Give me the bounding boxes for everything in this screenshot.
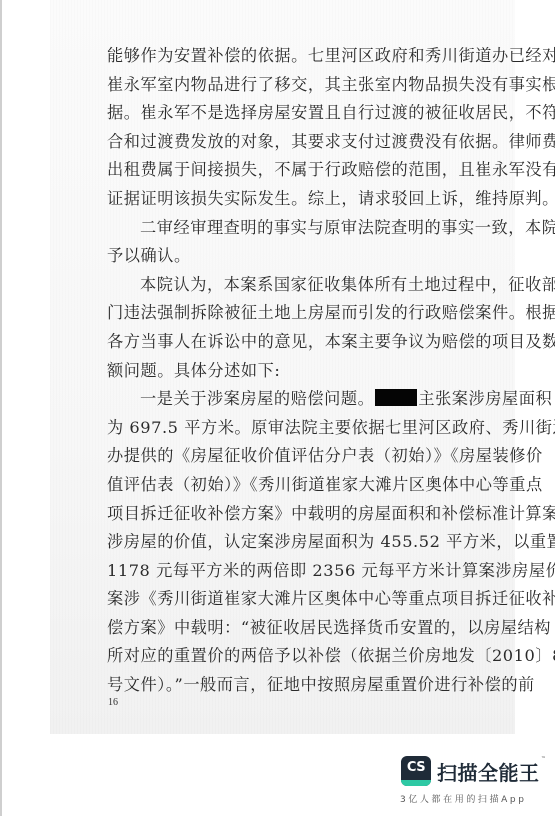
logo-text: CS <box>401 760 431 775</box>
camscanner-logo-icon: CS <box>401 756 431 786</box>
text-line: 值评估表（初始）》《秀川街道崔家大滩片区奥体中心等重点 <box>107 471 502 500</box>
text-line: 1178 元每平方米的两倍即 2356 元每平方米计算案涉房屋价值。 <box>107 557 502 586</box>
text-line: 能够作为安置补偿的依据。七里河区政府和秀川街道办已经对 <box>107 42 502 71</box>
paragraph-start: 一是关于涉案房屋的赔偿问题。主张案涉房屋面积 <box>107 385 502 414</box>
page-left-border <box>0 0 2 816</box>
text-line: 予以确认。 <box>107 242 502 271</box>
text-line: 案涉《秀川街道崔家大滩片区奥体中心等重点项目拆迁征收补 <box>107 585 502 614</box>
text-line: 号文件）。”一般而言，征地中按照房屋重置价进行补偿的前 <box>107 671 502 700</box>
text-line: 据。崔永军不是选择房屋安置且自行过渡的被征收居民，不符 <box>107 99 502 128</box>
brand-tagline: 3亿人都在用的扫描App <box>400 792 527 805</box>
text-line: 办提供的《房屋征收价值评估分户表（初始）》《房屋装修价 <box>107 442 502 471</box>
text-line: 证据证明该损失实际发生。综上，请求驳回上诉，维持原判。 <box>107 185 502 214</box>
paragraph-start: 二审经审理查明的事实与原审法院查明的事实一致，本院 <box>107 214 502 243</box>
page-number: 16 <box>108 697 118 708</box>
text-line: 各方当事人在诉讼中的意见，本案主要争议为赔偿的项目及数 <box>107 328 502 357</box>
logo-accent-bar <box>401 780 431 786</box>
document-body: 能够作为安置补偿的依据。七里河区政府和秀川街道办已经对 崔永军室内物品进行了移交… <box>107 42 502 700</box>
text-line: 出租费属于间接损失，不属于行政赔偿的范围，且崔永军没有 <box>107 156 502 185</box>
text-line: 门违法强制拆除被征土地上房屋而引发的行政赔偿案件。根据 <box>107 299 502 328</box>
trademark-symbol: ™ <box>541 756 546 762</box>
text-line: 所对应的重置价的两倍予以补偿（依据兰价房地发〔2010〕80 <box>107 642 502 671</box>
paragraph-start: 本院认为，本案系国家征收集体所有土地过程中，征收部 <box>107 271 502 300</box>
text-line: 偿方案》中载明：“被征收居民选择货币安置的，以房屋结构 <box>107 614 502 643</box>
text-line: 额问题。具体分述如下: <box>107 357 502 386</box>
text-line: 涉房屋的价值，认定案涉房屋面积为 455.52 平方米，以重置价 <box>107 528 502 557</box>
text-line: 项目拆迁征收补偿方案》中载明的房屋面积和补偿标准计算案 <box>107 500 502 529</box>
text-line: 为 697.5 平方米。原审法院主要依据七里河区政府、秀川街道 <box>107 414 502 443</box>
camscanner-watermark: CS 扫描全能王 ™ 3亿人都在用的扫描App <box>400 754 550 808</box>
text-segment: 一是关于涉案房屋的赔偿问题。 <box>140 389 374 408</box>
redaction-block <box>375 389 417 406</box>
text-line: 合和过渡费发放的对象，其要求支付过渡费没有依据。律师费、 <box>107 128 502 157</box>
text-segment: 主张案涉房屋面积 <box>418 389 552 408</box>
text-line: 崔永军室内物品进行了移交，其主张室内物品损失没有事实根 <box>107 71 502 100</box>
brand-name: 扫描全能王 <box>437 757 540 786</box>
